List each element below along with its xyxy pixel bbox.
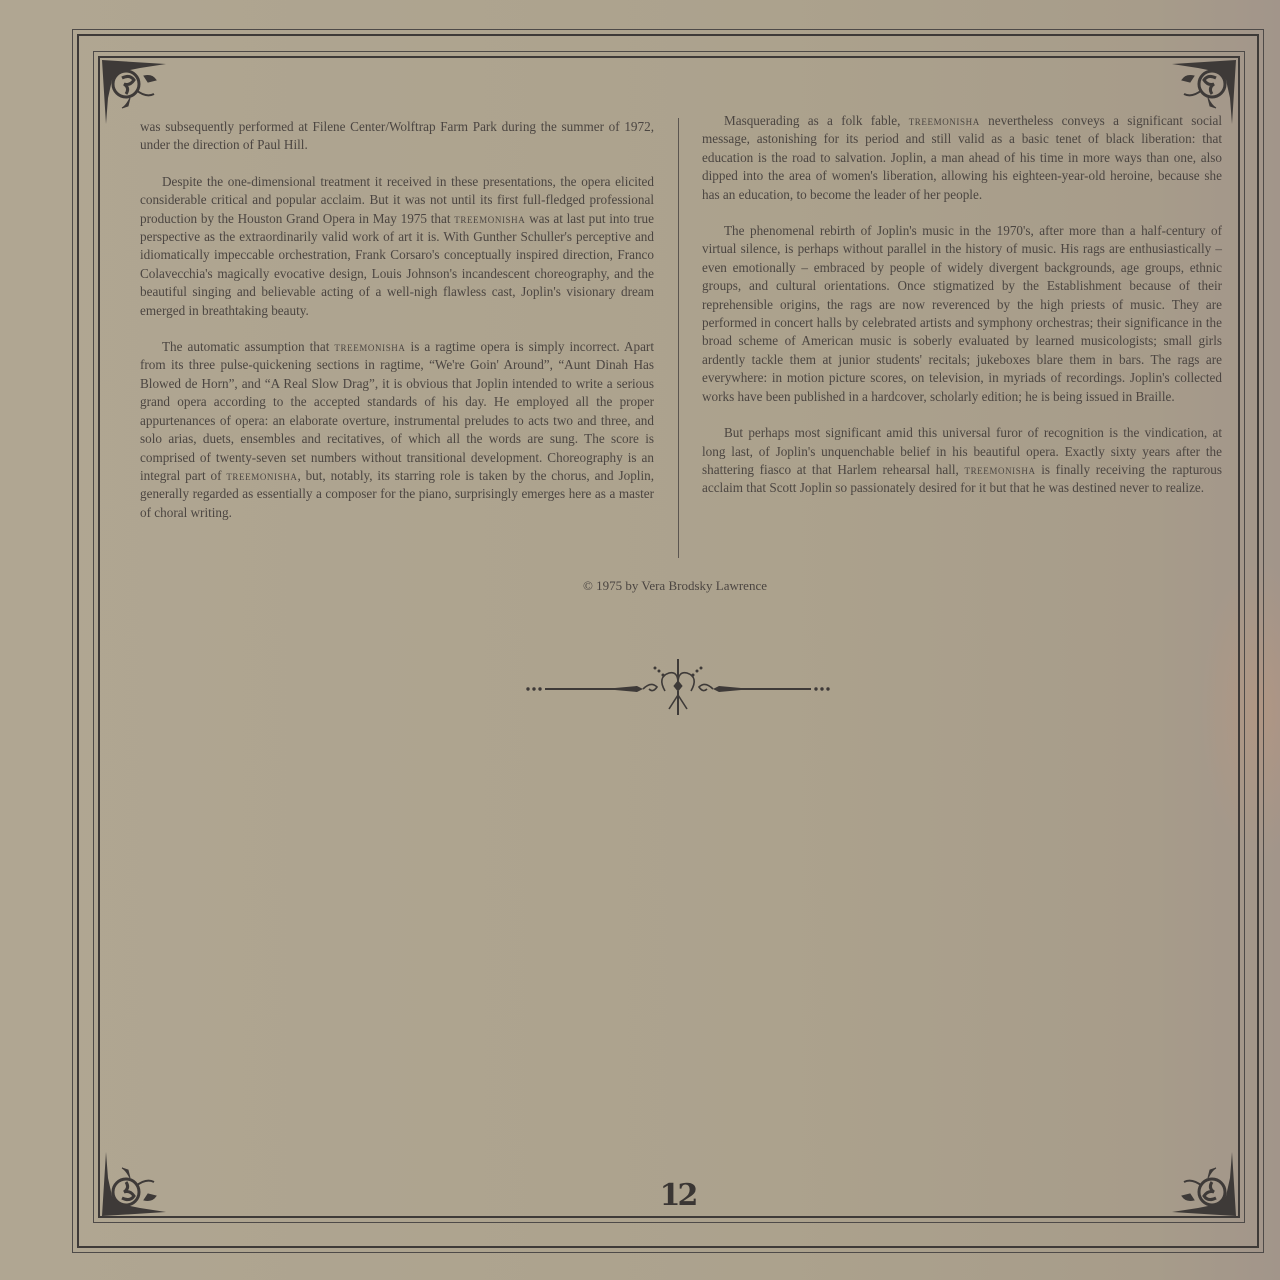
column-divider (678, 118, 679, 558)
right-column: Masquerading as a folk fable, Treemonish… (702, 112, 1222, 516)
paragraph-text: The automatic assumption that (162, 339, 334, 354)
opera-title: Treemonisha (454, 212, 525, 226)
paragraph-text: was subsequently performed at Filene Cen… (140, 119, 654, 152)
opera-title: Treemonisha (226, 469, 297, 483)
flourish-ornament-icon (525, 655, 831, 717)
paragraph: The automatic assumption that Treemonish… (140, 338, 654, 522)
paragraph-text: Masquerading as a folk fable, (724, 113, 909, 128)
page-number: 12 (620, 1178, 735, 1213)
left-column: was subsequently performed at Filene Cen… (140, 118, 654, 540)
opera-title: Treemonisha (334, 340, 405, 354)
paragraph-text: The phenomenal rebirth of Joplin's music… (702, 223, 1222, 404)
corner-ornament-icon (100, 1146, 172, 1218)
paragraph: Despite the one-dimensional treatment it… (140, 173, 654, 320)
opera-title: Treemonisha (964, 463, 1035, 477)
corner-ornament-icon (1166, 1146, 1238, 1218)
copyright-line: © 1975 by Vera Brodsky Lawrence (0, 578, 1280, 594)
paragraph-text: is a ragtime opera is simply incorrect. … (140, 339, 654, 483)
paragraph: But perhaps most significant amid this u… (702, 424, 1222, 498)
paragraph: The phenomenal rebirth of Joplin's music… (702, 222, 1222, 406)
paragraph-text: was at last put into true perspective as… (140, 211, 654, 318)
opera-title: Treemonisha (909, 114, 980, 128)
paragraph: Masquerading as a folk fable, Treemonish… (702, 112, 1222, 204)
paragraph: was subsequently performed at Filene Cen… (140, 118, 654, 155)
